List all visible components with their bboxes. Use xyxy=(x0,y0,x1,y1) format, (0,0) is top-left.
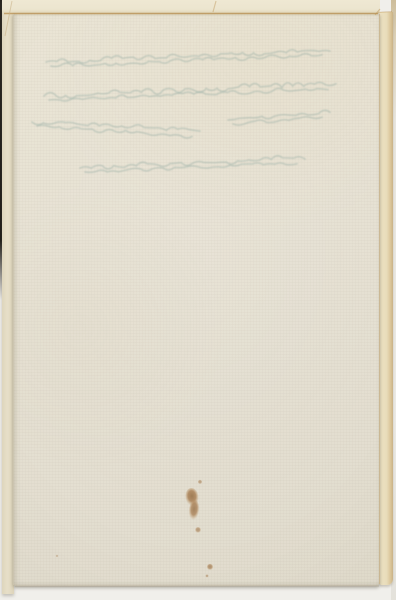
underlying-page-top-edge xyxy=(2,0,380,13)
page-stack-right-edge xyxy=(379,12,393,585)
scan-root xyxy=(0,0,396,600)
bottom-page-edge xyxy=(15,586,379,587)
manuscript-page xyxy=(13,13,380,586)
